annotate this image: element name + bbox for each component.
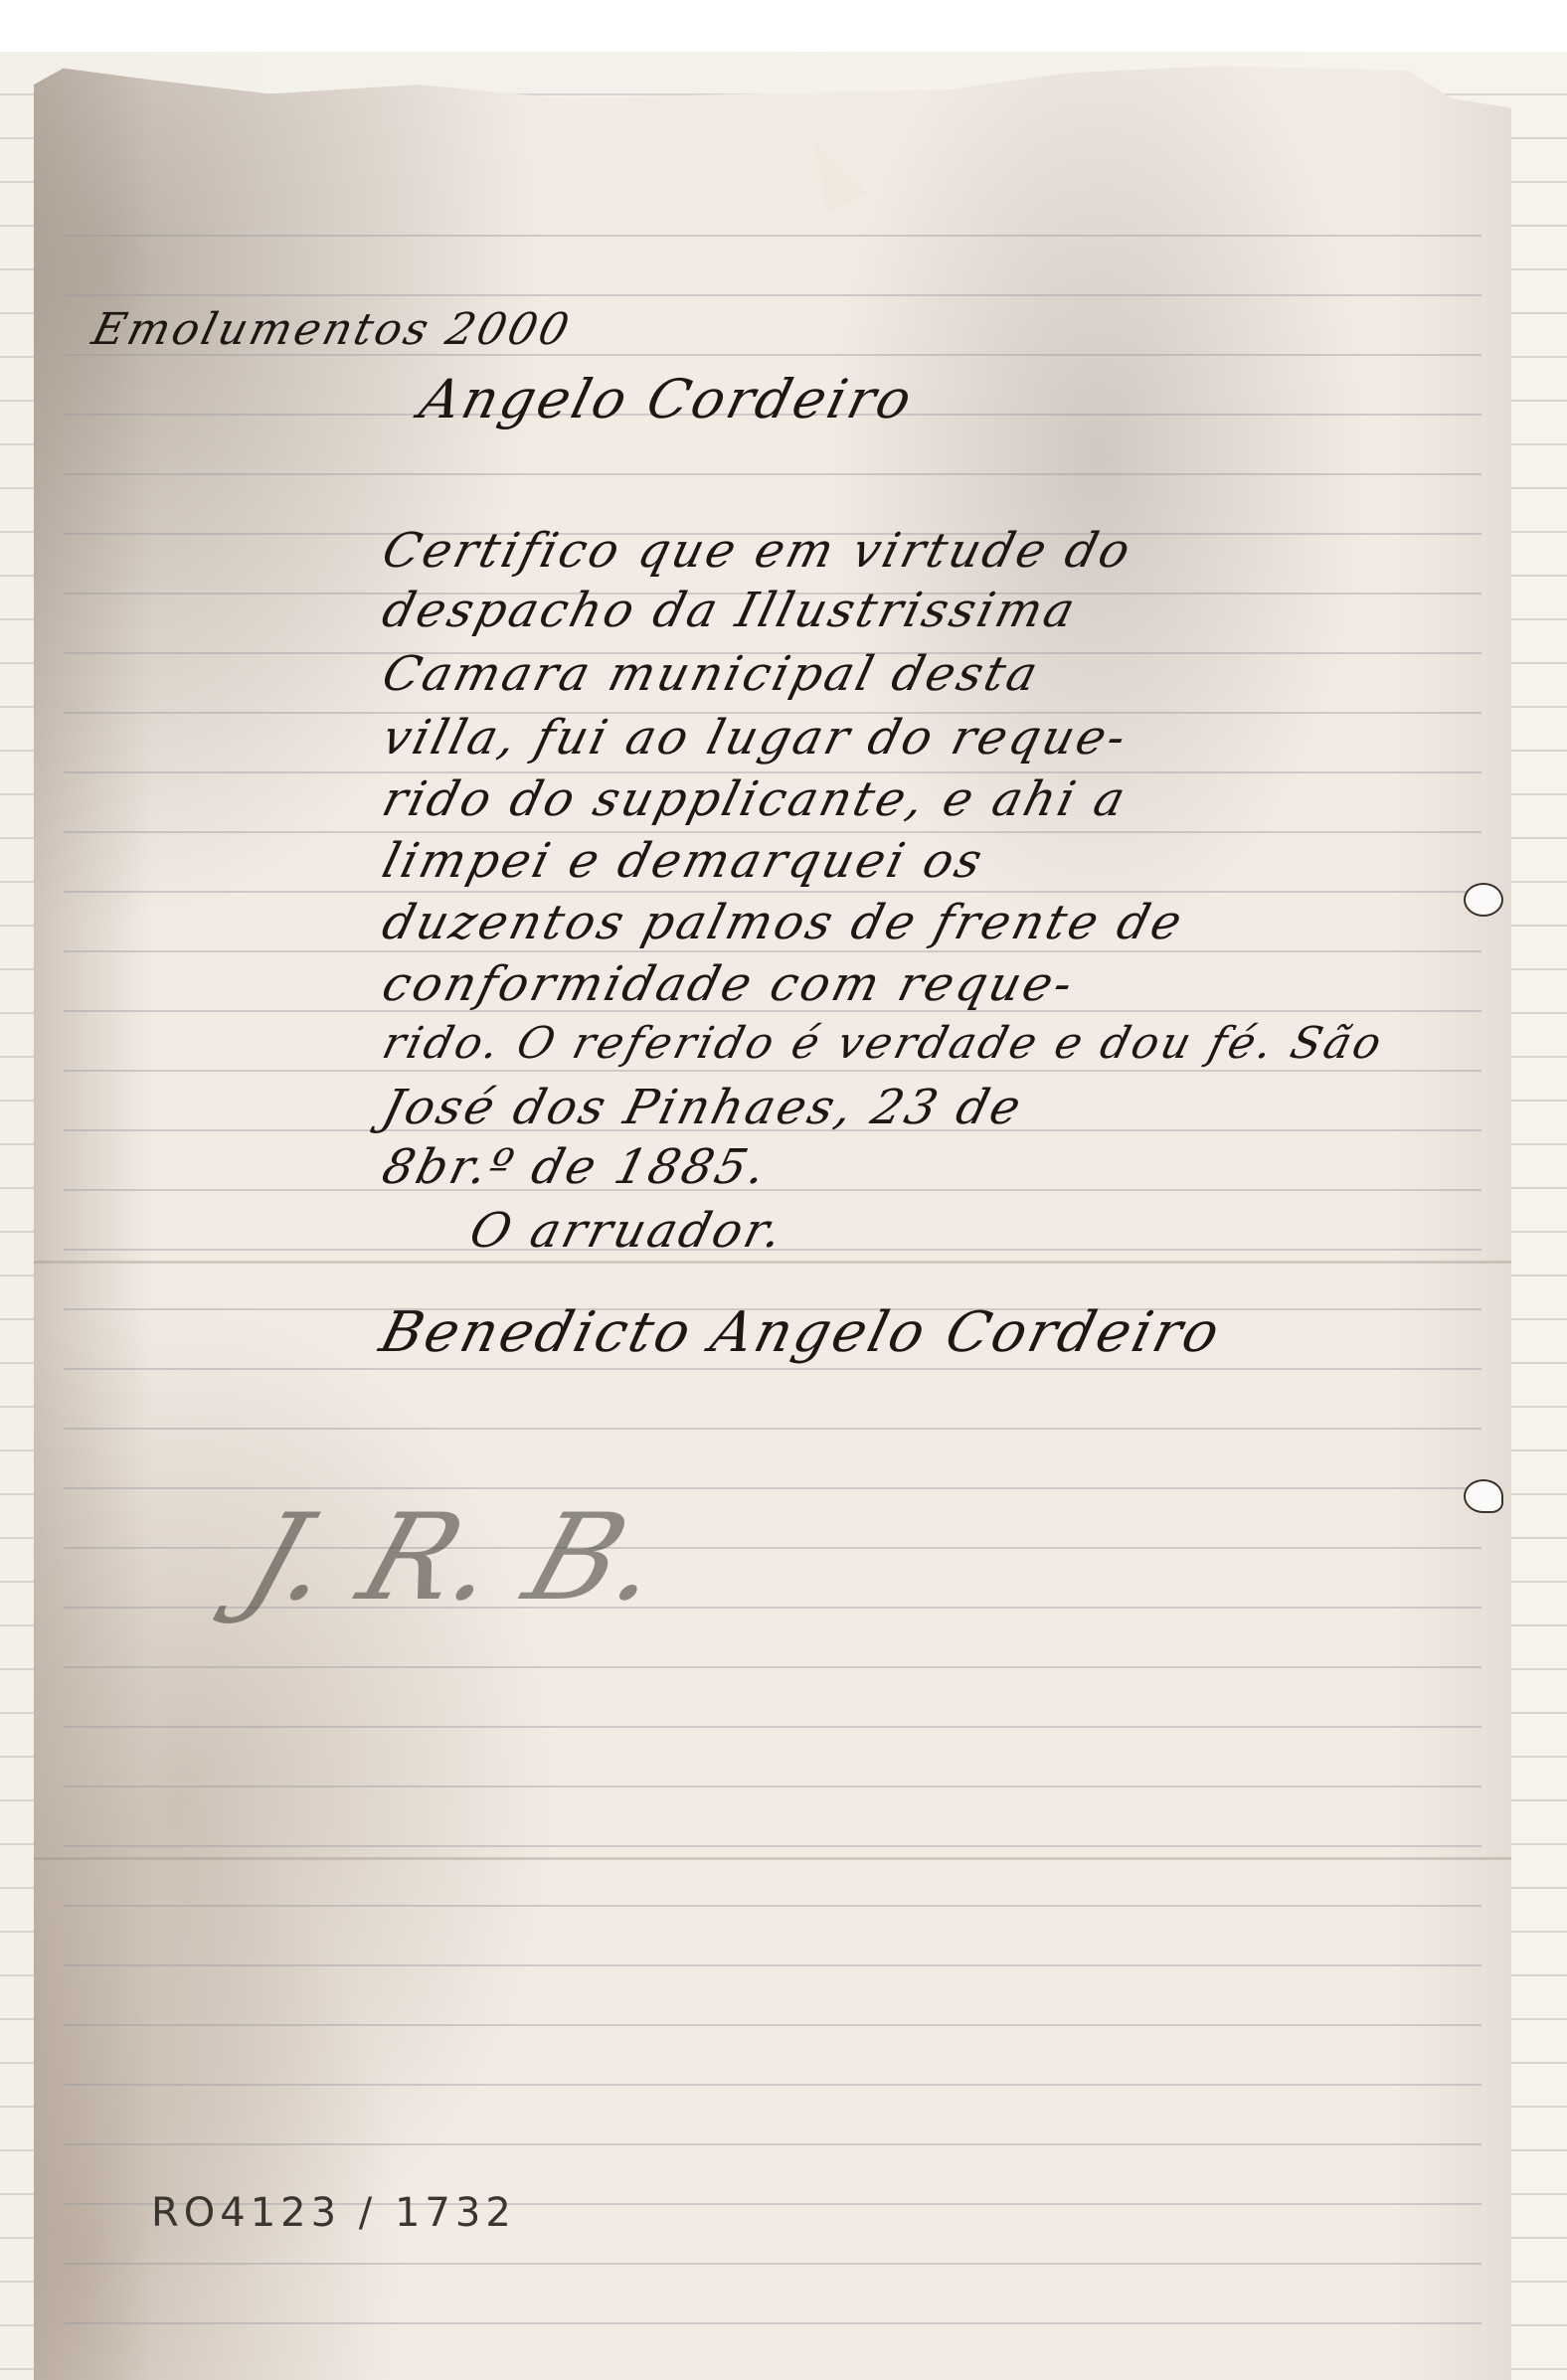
bleed-through-marks: J. R. B.: [230, 1489, 680, 1627]
body-line: 8br.º de 1885.: [377, 1139, 775, 1195]
body-line: duzentos palmos de frente de: [377, 895, 1190, 950]
body-line: limpei e demarquei os: [377, 833, 990, 889]
closing-title: O arruador.: [464, 1203, 790, 1259]
punch-hole-torn: [1464, 1479, 1503, 1513]
fold-crease: [34, 1857, 1511, 1860]
ruled-lines: [64, 177, 1481, 2380]
body-line: rido do supplicante, e ahi a: [377, 771, 1133, 827]
fold-crease: [34, 1261, 1511, 1264]
signature: Benedicto Angelo Cordeiro: [374, 1300, 1228, 1365]
body-line: Camara municipal desta: [377, 646, 1046, 702]
archive-reference: RO4123 / 1732: [151, 2190, 516, 2236]
fee-note: Emolumentos 2000: [87, 304, 577, 355]
fee-signature: Angelo Cordeiro: [414, 368, 921, 430]
body-line: villa, fui ao lugar do reque-: [377, 710, 1134, 765]
body-line: José dos Pinhaes, 23 de: [377, 1080, 1029, 1135]
body-line: rido. O referido é verdade e dou fé. São: [378, 1018, 1390, 1069]
body-line: Certifico que em virtude do: [377, 523, 1138, 579]
body-line: despacho da Illustrissima: [377, 583, 1083, 638]
body-line: conformidade com reque-: [377, 956, 1081, 1012]
document-page: Emolumentos 2000 Angelo Cordeiro Certifi…: [34, 38, 1511, 2380]
punch-hole: [1464, 883, 1503, 917]
